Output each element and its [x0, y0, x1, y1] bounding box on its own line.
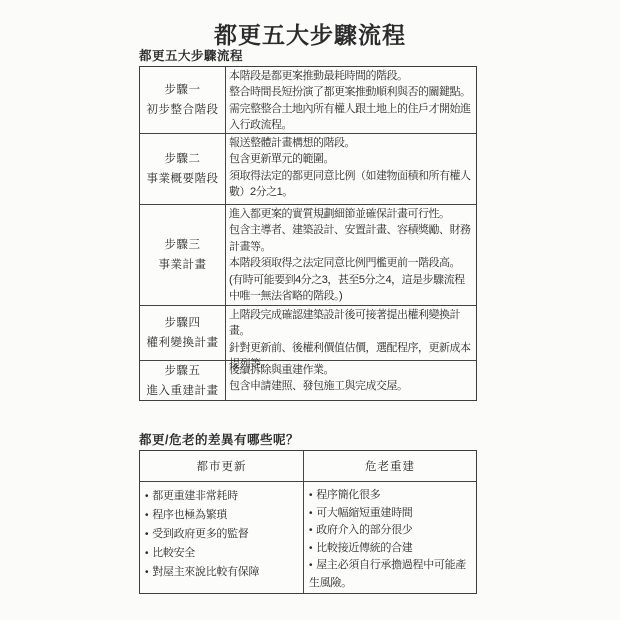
list-item: 比較安全	[145, 544, 301, 563]
column-header-urban-renewal: 都市更新	[140, 451, 304, 481]
step2-detail-cell: 報送整體計畫構想的階段。 包含更新單元的範圍。 須取得法定的都更同意比例（如建物…	[226, 134, 476, 204]
step-detail-line: 包含申請建照、發包施工與完成交屋。	[229, 378, 475, 394]
step3-detail-cell: 進入都更案的實質規劃細節並確保計畫可行性。 包含主導者、建築設計、安置計畫、容積…	[226, 205, 476, 305]
list-item: 受到政府更多的監督	[145, 525, 301, 544]
list-item-text: 對屋主來說比較有保障	[152, 566, 259, 578]
dilapidated-rebuild-cell: 程序簡化很多 可大幅縮短重建時間 政府介入的部分很少 比較接近傳統的合建 屋主必…	[304, 482, 476, 593]
step5-detail-cell: 後續拆除與重建作業。 包含申請建照、發包施工與完成交屋。	[226, 361, 476, 400]
column-header-dilapidated-rebuild: 危老重建	[304, 451, 476, 481]
comparison-table: 都市更新 危老重建 都更重建非常耗時 程序也極為繁瑣 受到政府更多的監督 比較安…	[139, 450, 477, 594]
table-row-step2: 步驟二 事業概要階段 報送整體計畫構想的階段。 包含更新單元的範圍。 須取得法定…	[140, 133, 476, 204]
comparison-section-heading: 都更/危老的差異有哪些呢？	[139, 430, 299, 448]
list-item: 屋主必須自行承擔過程中可能產生風險。	[309, 557, 474, 591]
comparison-header-row: 都市更新 危老重建	[140, 451, 476, 482]
step-detail-line: 包含更新單元的範圍。	[229, 151, 475, 167]
step-number: 步驟二	[165, 149, 201, 169]
step-detail-line: 上階段完成確認建築設計後可接著提出權利變換計畫。	[229, 307, 475, 340]
list-item-text: 屋主必須自行承擔過程中可能產生風險。	[309, 559, 466, 589]
list-item-text: 政府介入的部分很少	[316, 524, 412, 536]
list-item: 程序也極為繁瑣	[145, 506, 301, 525]
list-item: 都更重建非常耗時	[145, 487, 301, 506]
list-item: 對屋主來說比較有保障	[145, 563, 301, 582]
step-detail-line: (有時可能要到4分之3，甚至5分之4，這是步驟流程中唯一無法省略的階段。)	[229, 272, 475, 305]
step5-label-cell: 步驟五 進入重建計畫	[140, 361, 226, 400]
step-name: 初步整合階段	[147, 100, 219, 120]
list-item-text: 程序簡化很多	[316, 489, 380, 501]
list-item: 程序簡化很多	[309, 487, 474, 505]
list-item: 可大幅縮短重建時間	[309, 505, 474, 523]
step2-label-cell: 步驟二 事業概要階段	[140, 134, 226, 204]
list-item-text: 比較安全	[152, 547, 195, 559]
list-item: 比較接近傳統的合建	[309, 540, 474, 558]
scanned-document-page: { "colors": { "ink": "#2a2a2a", "border"…	[0, 0, 620, 620]
list-item: 政府介入的部分很少	[309, 522, 474, 540]
step-name: 事業計畫	[159, 255, 207, 275]
step-name: 權利變換計畫	[147, 333, 219, 353]
step-detail-line: 包含主導者、建築設計、安置計畫、容積獎勵、財務計畫等。	[229, 222, 475, 255]
table-row-step3: 步驟三 事業計畫 進入都更案的實質規劃細節並確保計畫可行性。 包含主導者、建築設…	[140, 204, 476, 305]
step-name: 事業概要階段	[147, 169, 219, 189]
steps-table: 步驟一 初步整合階段 本階段是都更案推動最耗時間的階段。 整合時間長短扮演了都更…	[139, 66, 477, 401]
document-title: 都更五大步驟流程	[0, 17, 620, 50]
step1-label-cell: 步驟一 初步整合階段	[140, 67, 226, 133]
list-item-text: 可大幅縮短重建時間	[316, 507, 412, 519]
step-name: 進入重建計畫	[147, 381, 219, 401]
list-item-text: 程序也極為繁瑣	[152, 509, 227, 521]
list-item-text: 比較接近傳統的合建	[316, 542, 412, 554]
step-detail-line: 需完整整合土地內所有權人跟土地上的住戶才開始進入行政流程。	[229, 101, 475, 134]
comparison-body-row: 都更重建非常耗時 程序也極為繁瑣 受到政府更多的監督 比較安全 對屋主來說比較有…	[140, 482, 476, 593]
step-number: 步驟四	[165, 313, 201, 333]
step3-label-cell: 步驟三 事業計畫	[140, 205, 226, 305]
table-row-step4: 步驟四 權利變換計畫 上階段完成確認建築設計後可接著提出權利變換計畫。 針對更新…	[140, 305, 476, 360]
step-detail-line: 整合時間長短扮演了都更案推動順利與否的關鍵點。	[229, 84, 475, 100]
step-detail-line: 後續拆除與重建作業。	[229, 362, 475, 378]
list-item-text: 都更重建非常耗時	[152, 490, 238, 502]
step-detail-line: 本階段是都更案推動最耗時間的階段。	[229, 68, 475, 84]
step1-detail-cell: 本階段是都更案推動最耗時間的階段。 整合時間長短扮演了都更案推動順利與否的關鍵點…	[226, 67, 476, 133]
table-row-step5: 步驟五 進入重建計畫 後續拆除與重建作業。 包含申請建照、發包施工與完成交屋。	[140, 360, 476, 400]
urban-renewal-cell: 都更重建非常耗時 程序也極為繁瑣 受到政府更多的監督 比較安全 對屋主來說比較有…	[140, 482, 304, 593]
document-page: 都更五大步驟流程 都更五大步驟流程 步驟一 初步整合階段 本階段是都更案推動最耗…	[0, 0, 620, 620]
step4-detail-cell: 上階段完成確認建築設計後可接著提出權利變換計畫。 針對更新前、後權利價值估價，選…	[226, 306, 476, 360]
table-row-step1: 步驟一 初步整合階段 本階段是都更案推動最耗時間的階段。 整合時間長短扮演了都更…	[140, 67, 476, 133]
step-detail-line: 報送整體計畫構想的階段。	[229, 135, 475, 151]
step4-label-cell: 步驟四 權利變換計畫	[140, 306, 226, 360]
step-detail-line: 進入都更案的實質規劃細節並確保計畫可行性。	[229, 206, 475, 222]
list-item-text: 受到政府更多的監督	[152, 528, 248, 540]
step-number: 步驟三	[165, 235, 201, 255]
step-number: 步驟一	[165, 80, 201, 100]
step-number: 步驟五	[165, 361, 201, 381]
step-detail-line: 本階段須取得之法定同意比例門檻更前一階段高。	[229, 255, 475, 271]
step-detail-line: 須取得法定的都更同意比例（如建物面積和所有權人數）2分之1。	[229, 168, 475, 201]
steps-section-heading: 都更五大步驟流程	[139, 46, 243, 64]
